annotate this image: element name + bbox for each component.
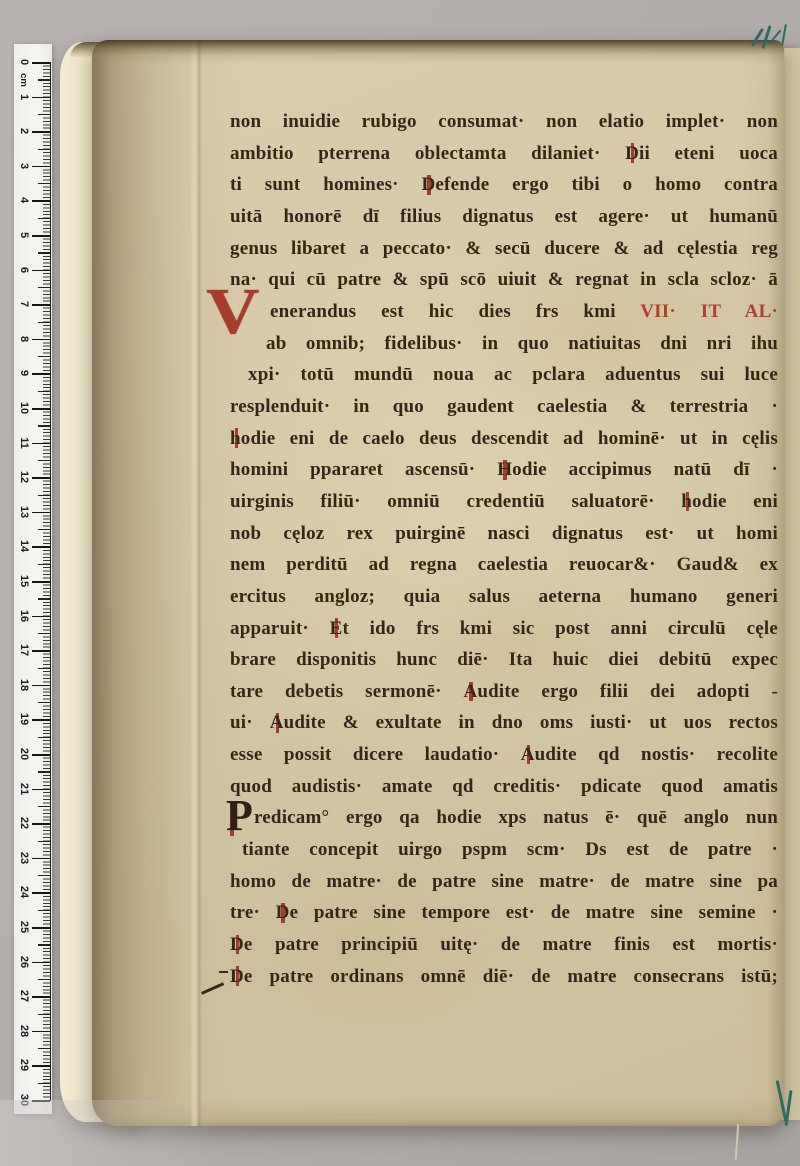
ruler-half-tick xyxy=(38,875,50,876)
ruler-number: 22 xyxy=(18,814,30,832)
ruler-half-tick xyxy=(38,702,50,703)
ruler-cm-tick xyxy=(32,131,50,133)
text-line: De patre ordinans omnē diē· de matre con… xyxy=(230,961,778,993)
ruler-half-tick xyxy=(38,1048,50,1049)
ruler-half-tick xyxy=(38,218,50,219)
ruler-cm-tick xyxy=(32,512,50,514)
ruler-half-tick xyxy=(38,737,50,738)
text-line: tiante concepit uirgo pspm scm· Ds est d… xyxy=(230,834,778,866)
initial-letter-p: P xyxy=(226,794,253,838)
ruler-number: 29 xyxy=(18,1056,30,1074)
text-line: De patre principiū uitę· de matre finis … xyxy=(230,929,778,961)
text-segment: ui· xyxy=(230,712,270,733)
text-line: hodie eni de caelo deus descendit ad hom… xyxy=(230,423,778,455)
text-segment: uirginis filiū· omniū credentiū saluator… xyxy=(230,491,681,512)
ruler-cm-tick xyxy=(32,339,50,341)
ruler-number: 3 xyxy=(18,157,30,175)
ruler-cm-tick xyxy=(32,996,50,998)
ruler-number: 6 xyxy=(18,261,30,279)
text-segment: efende ergo tibi o homo contra xyxy=(435,174,778,195)
text-segment: enerandus est hic dies frs kmi xyxy=(270,301,640,322)
text-segment: non inuidie rubigo consumat· non elatio … xyxy=(230,111,778,132)
initial-letter-v: V xyxy=(206,282,260,342)
text-segment: D xyxy=(421,169,435,201)
ruler-number: 0 xyxy=(18,53,30,71)
text-segment: nob cęloz rex puirginē nasci dignatus es… xyxy=(230,523,778,544)
ruler-half-tick xyxy=(38,633,50,634)
ruler-number: 19 xyxy=(18,710,30,728)
text-segment: homo de matre· de patre sine matre· de m… xyxy=(230,871,778,892)
text-block: V P non inuidie rubigo consumat· non ela… xyxy=(230,106,778,992)
text-segment: redicam° ergo qa hodie xps natus ē· quē … xyxy=(254,807,778,828)
text-segment: tre· xyxy=(230,902,276,923)
text-segment: ambitio pterrena oblectamta dilaniet· xyxy=(230,143,625,164)
paraph-mark xyxy=(200,970,226,984)
ruler-number: 1 xyxy=(18,88,30,106)
ruler-half-tick xyxy=(38,1014,50,1015)
text-line: ambitio pterrena oblectamta dilaniet· Di… xyxy=(230,138,778,170)
ruler-number: 30 xyxy=(18,1091,30,1109)
ruler-number: 18 xyxy=(18,676,30,694)
text-line: uirginis filiū· omniū credentiū saluator… xyxy=(230,486,778,518)
ruler-cm-tick xyxy=(32,892,50,894)
text-line: genus libaret a peccato· & secū ducere &… xyxy=(230,233,778,265)
ruler-number: 2 xyxy=(18,122,30,140)
text-line: ab omnib; fidelibus· in quo natiuitas dn… xyxy=(230,328,778,360)
text-line: ti sunt homines· Defende ergo tibi o hom… xyxy=(230,169,778,201)
text-segment: apparuit· xyxy=(230,618,330,639)
ruler-number: 17 xyxy=(18,641,30,659)
thread-hanging-icon xyxy=(735,1124,739,1160)
ruler-cm-tick xyxy=(32,200,50,202)
text-segment: A xyxy=(463,676,477,708)
text-segment: D xyxy=(230,961,244,993)
ruler-cm-tick xyxy=(32,858,50,860)
text-segment: xpi· totū mundū noua ac pclara aduentus … xyxy=(248,364,778,385)
text-segment: D xyxy=(625,138,639,170)
text-segment: e patre ordinans omnē diē· de matre cons… xyxy=(244,966,778,987)
text-segment: ti sunt homines· xyxy=(230,174,421,195)
text-line: redicam° ergo qa hodie xps natus ē· quē … xyxy=(230,802,778,834)
ruler-number: 26 xyxy=(18,953,30,971)
photo-backdrop: 0123456789101112131415161718192021222324… xyxy=(0,0,800,1166)
text-segment: odie eni de caelo deus descendit ad homi… xyxy=(241,428,778,449)
ruler-number: 10 xyxy=(18,399,30,417)
text-segment: ercitus angloz; quia salus aeterna human… xyxy=(230,586,778,607)
text-segment: h xyxy=(230,423,241,455)
rubric-heading: VII· IT AL· xyxy=(640,301,778,322)
ruler-cm-tick xyxy=(32,754,50,756)
text-line: tare debetis sermonē· Audite ergo filii … xyxy=(230,676,778,708)
text-segment: e patre principiū uitę· de matre finis e… xyxy=(244,934,778,955)
text-segment: esse possit dicere laudatio· xyxy=(230,744,521,765)
ruler-half-tick xyxy=(38,806,50,807)
ruler-number: 21 xyxy=(18,780,30,798)
ruler-cm-tick xyxy=(32,235,50,237)
ruler-number: 16 xyxy=(18,607,30,625)
ruler-cm-tick xyxy=(32,1031,50,1033)
ruler-number: 14 xyxy=(18,537,30,555)
ruler-number: 9 xyxy=(18,364,30,382)
ruler-half-tick xyxy=(38,771,50,772)
ruler-cm-tick xyxy=(32,546,50,548)
thread-top-icon xyxy=(781,24,787,46)
ruler-number: 12 xyxy=(18,468,30,486)
text-segment: quod audistis· amate qd creditis· pdicat… xyxy=(230,776,778,797)
text-line: nem perditū ad regna caelestia reuocar&·… xyxy=(230,549,778,581)
text-line: brare disponitis hunc diē· Ita huic diei… xyxy=(230,644,778,676)
ruler-half-tick xyxy=(38,183,50,184)
ruler-cm-tick xyxy=(32,304,50,306)
text-segment: udite & exultate in dno oms iusti· ut uo… xyxy=(284,712,778,733)
text-segment: homini ppararet ascensū· xyxy=(230,459,497,480)
text-segment: ab omnib; fidelibus· in quo natiuitas dn… xyxy=(266,333,778,354)
ruler-cm-tick xyxy=(32,962,50,964)
text-segment: h xyxy=(681,486,692,518)
text-line: nob cęloz rex puirginē nasci dignatus es… xyxy=(230,518,778,550)
text-segment: genus libaret a peccato· & secū ducere &… xyxy=(230,238,778,259)
ruler-cm-tick xyxy=(32,1100,50,1102)
ruler-cm-tick xyxy=(32,789,50,791)
ruler-cm-tick xyxy=(32,408,50,410)
ruler-cm-tick xyxy=(32,443,50,445)
text-segment: H xyxy=(497,454,512,486)
text-line: homo de matre· de patre sine matre· de m… xyxy=(230,866,778,898)
text-segment: ii eteni uoca xyxy=(639,143,778,164)
ruler-cm-tick xyxy=(32,685,50,687)
text-line: apparuit· Et ido frs kmi sic post anni c… xyxy=(230,613,778,645)
text-line: uitā honorē dī filius dignatus est agere… xyxy=(230,201,778,233)
text-segment: nem perditū ad regna caelestia reuocar&·… xyxy=(230,554,778,575)
ruler-half-tick xyxy=(38,1083,50,1084)
ruler-half-tick xyxy=(38,79,50,80)
text-segment: A xyxy=(270,707,284,739)
ruler-half-tick xyxy=(38,668,50,669)
ruler-cm-tick xyxy=(32,616,50,618)
ruler-half-tick xyxy=(38,944,50,945)
text-line: enerandus est hic dies frs kmi VII· IT A… xyxy=(230,296,778,328)
ruler-half-tick xyxy=(38,564,50,565)
ruler-number: 13 xyxy=(18,503,30,521)
ruler-half-tick xyxy=(38,356,50,357)
text-segment: udite qd nostis· recolite xyxy=(535,744,778,765)
ruler-number: 25 xyxy=(18,918,30,936)
ruler-number: 11 xyxy=(18,434,30,452)
text-line: ui· Audite & exultate in dno oms iusti· … xyxy=(230,707,778,739)
text-line: quod audistis· amate qd creditis· pdicat… xyxy=(230,771,778,803)
ruler-number: 24 xyxy=(18,883,30,901)
text-segment: e patre sine tempore est· de matre sine … xyxy=(290,902,778,923)
ruler-number: 4 xyxy=(18,191,30,209)
ruler-number: 15 xyxy=(18,572,30,590)
ruler-number: 28 xyxy=(18,1022,30,1040)
text-segment: A xyxy=(521,739,535,771)
text-segment: D xyxy=(276,897,290,929)
text-line: non inuidie rubigo consumat· non elatio … xyxy=(230,106,778,138)
text-line: xpi· totū mundū noua ac pclara aduentus … xyxy=(230,359,778,391)
ruler-cm-tick xyxy=(32,166,50,168)
ruler-half-tick xyxy=(38,149,50,150)
ruler-half-tick xyxy=(38,425,50,426)
ruler-half-tick xyxy=(38,252,50,253)
ruler-cm-tick xyxy=(32,1065,50,1067)
ruler-cm-tick xyxy=(32,270,50,272)
ruler-number: 27 xyxy=(18,987,30,1005)
ruler: 0123456789101112131415161718192021222324… xyxy=(14,44,52,1114)
text-segment: E xyxy=(330,613,343,645)
ruler-cm-tick xyxy=(32,719,50,721)
ruler-half-tick xyxy=(38,841,50,842)
ruler-number: 7 xyxy=(18,295,30,313)
ruler-half-tick xyxy=(38,460,50,461)
text-segment: resplenduit· in quo gaudent caelestia & … xyxy=(230,396,778,417)
ruler-cm-tick xyxy=(32,62,50,64)
ruler-cm-tick xyxy=(32,477,50,479)
ruler-cm-tick xyxy=(32,97,50,99)
ruler-half-tick xyxy=(38,598,50,599)
text-line: homini ppararet ascensū· Hodie accipimus… xyxy=(230,454,778,486)
text-segment: na· qui cū patre & spū scō uiuit & regna… xyxy=(230,269,778,290)
text-segment: odie accipimus natū dī · xyxy=(512,459,778,480)
text-segment: udite ergo filii dei adopti - xyxy=(477,681,778,702)
ruler-cm-tick xyxy=(32,581,50,583)
ruler-cm-tick xyxy=(32,373,50,375)
ruler-half-tick xyxy=(38,979,50,980)
text-line: ercitus angloz; quia salus aeterna human… xyxy=(230,581,778,613)
ruler-number: 5 xyxy=(18,226,30,244)
ruler-unit-label: cm xyxy=(18,71,30,89)
ruler-half-tick xyxy=(38,495,50,496)
text-segment: D xyxy=(230,929,244,961)
text-segment: odie eni xyxy=(692,491,778,512)
ruler-half-tick xyxy=(38,391,50,392)
text-segment: tiante concepit uirgo pspm scm· Ds est d… xyxy=(242,839,778,860)
text-segment: brare disponitis hunc diē· Ita huic diei… xyxy=(230,649,778,670)
ruler-number: 23 xyxy=(18,849,30,867)
ruler-half-tick xyxy=(38,910,50,911)
ruler-number: 20 xyxy=(18,745,30,763)
ruler-cm-tick xyxy=(32,823,50,825)
ruler-half-tick xyxy=(38,287,50,288)
text-segment: tare debetis sermonē· xyxy=(230,681,463,702)
text-segment: uitā honorē dī filius dignatus est agere… xyxy=(230,206,778,227)
ruler-half-tick xyxy=(38,529,50,530)
text-segment: t ido frs kmi sic post anni circulū cęle xyxy=(342,618,778,639)
ruler-number: 8 xyxy=(18,330,30,348)
text-line: tre· De patre sine tempore est· de matre… xyxy=(230,897,778,929)
text-line: esse possit dicere laudatio· Audite qd n… xyxy=(230,739,778,771)
ruler-half-tick xyxy=(38,322,50,323)
ruler-half-tick xyxy=(38,114,50,115)
text-line: na· qui cū patre & spū scō uiuit & regna… xyxy=(230,264,778,296)
ruler-cm-tick xyxy=(32,927,50,929)
text-line: resplenduit· in quo gaudent caelestia & … xyxy=(230,391,778,423)
ruler-cm-tick xyxy=(32,650,50,652)
